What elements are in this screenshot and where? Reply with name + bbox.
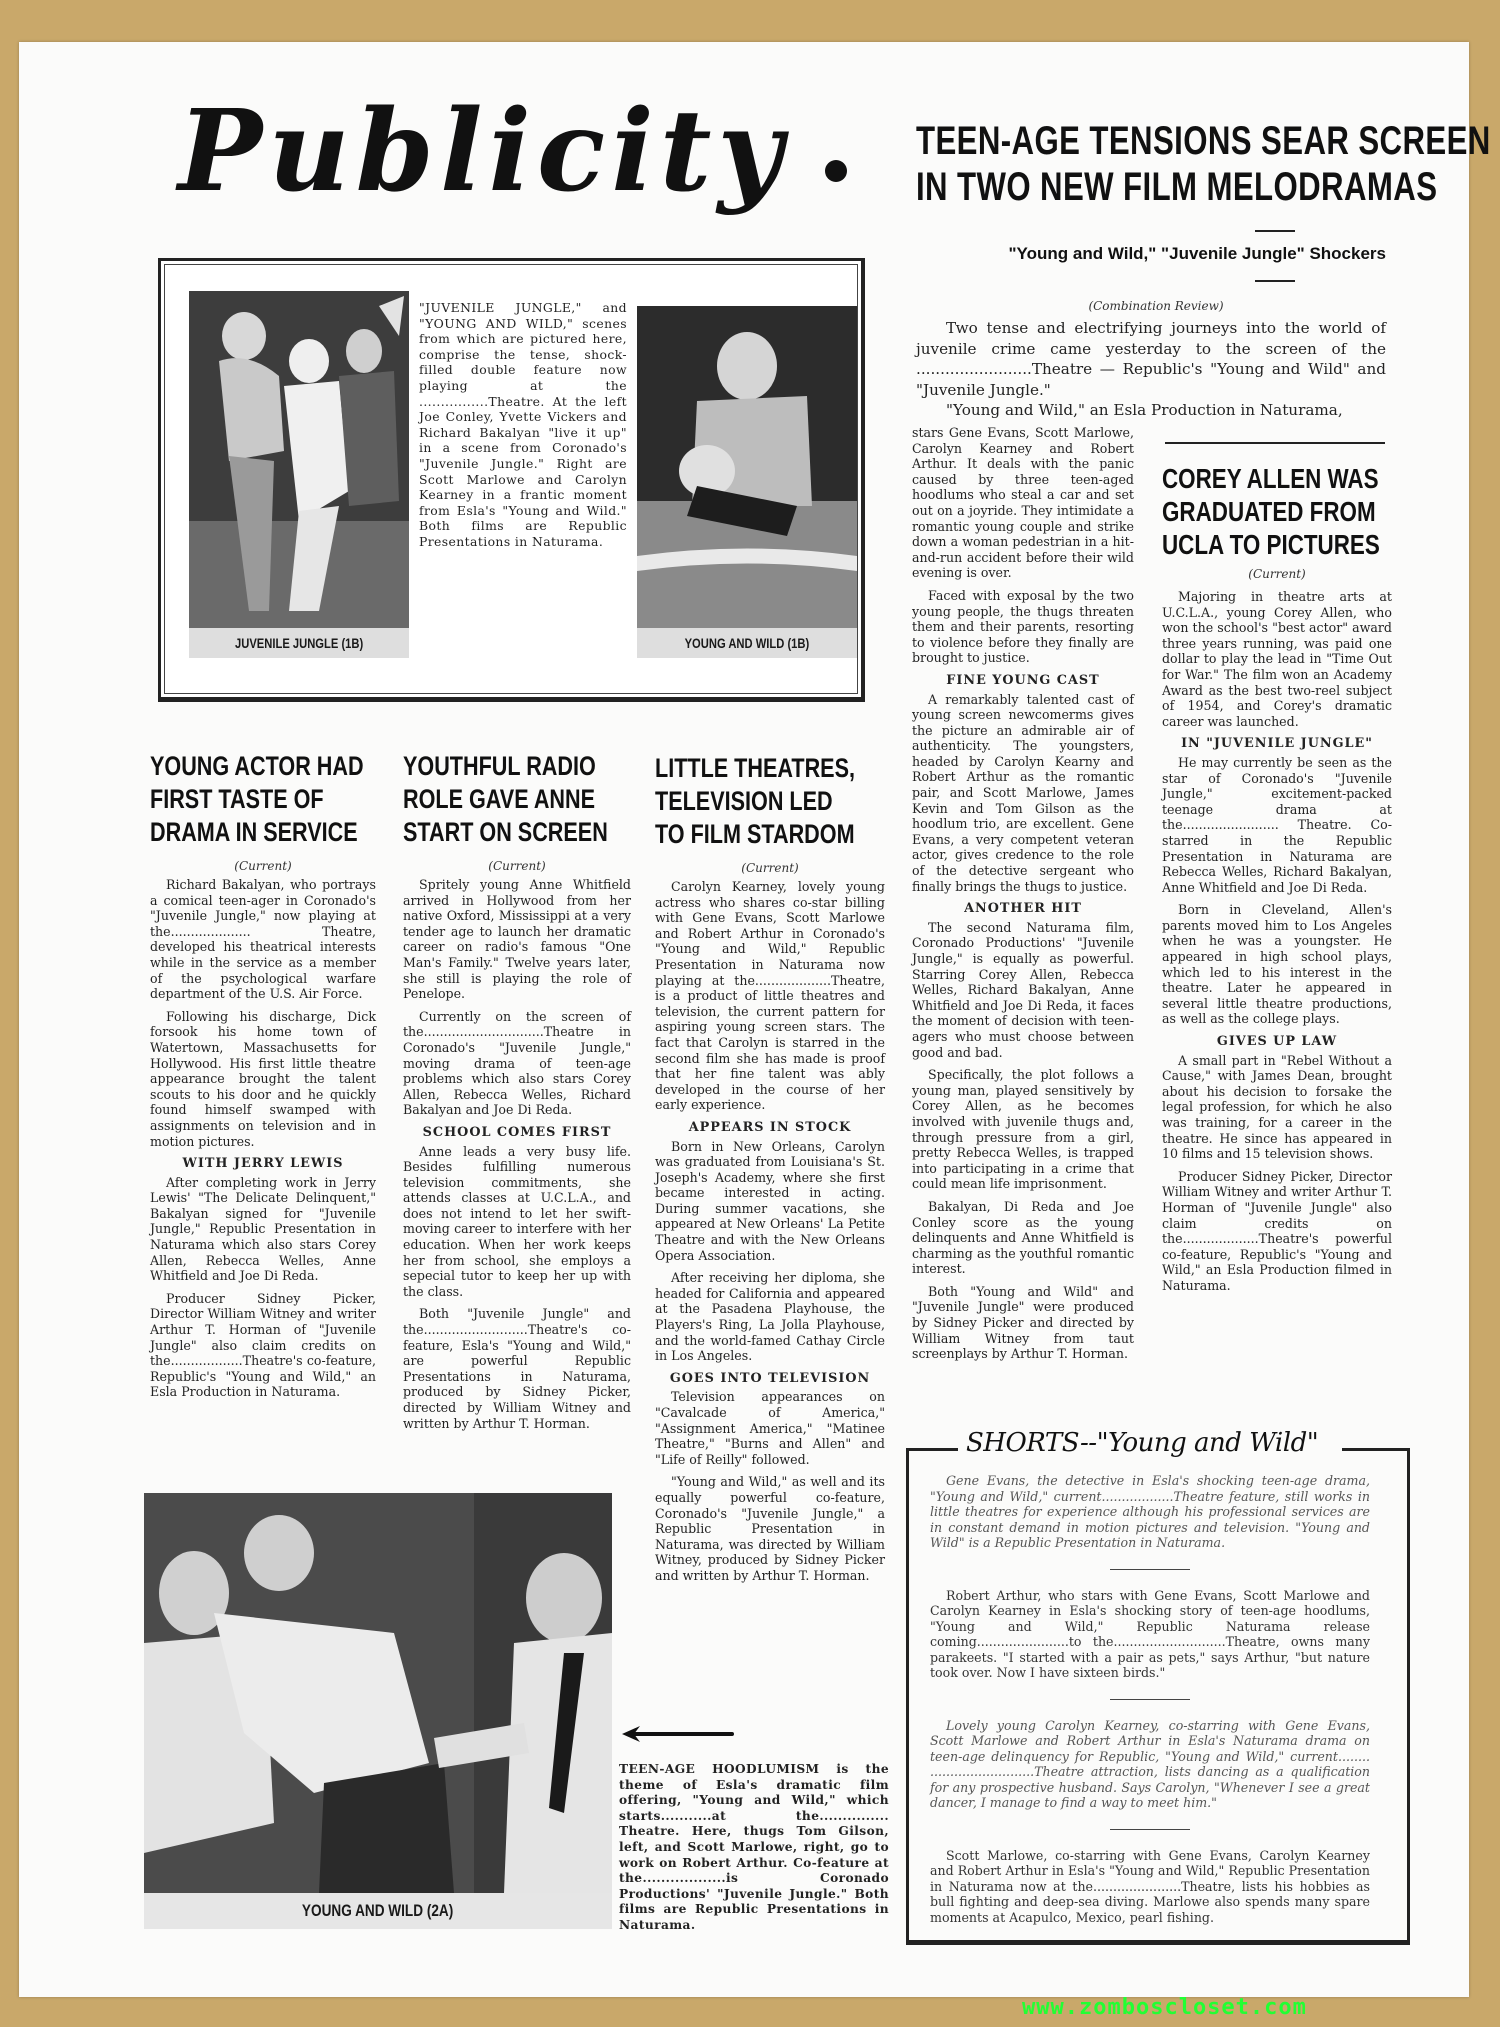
headline-line: DRAMA IN SERVICE (150, 816, 331, 849)
bakalyan-headline: YOUNG ACTOR HAD FIRST TASTE OF DRAMA IN … (150, 750, 331, 849)
carolyn-body: Carolyn Kearney, lovely young actress wh… (655, 879, 885, 1584)
headline-line: ROLE GAVE ANNE (403, 783, 585, 816)
anne-story: YOUTHFUL RADIO ROLE GAVE ANNE START ON S… (403, 750, 631, 1438)
headline-line: LITTLE THEATRES, (655, 752, 839, 785)
headline-line: START ON SCREEN (403, 816, 585, 849)
lead-subhead: "Young and Wild," "Juvenile Jungle" Shoc… (916, 244, 1386, 264)
blurb-text: is the theme of Esla's dramatic film off… (619, 1762, 889, 1932)
paragraph: Producer Sidney Picker, Director William… (150, 1291, 376, 1400)
bullet-dot (825, 160, 847, 182)
section-heading: APPEARS IN STOCK (655, 1120, 885, 1136)
paragraph: Bakalyan, Di Reda and Joe Conley score a… (912, 1199, 1134, 1277)
paragraph: Television appearances on "Cavalcade of … (655, 1389, 885, 1467)
divider (1110, 1829, 1190, 1830)
byline: (Current) (1162, 567, 1392, 581)
headline-line: YOUNG ACTOR HAD (150, 750, 331, 783)
paragraph: stars Gene Evans, Scott Marlowe, Carolyn… (912, 425, 1134, 581)
paragraph: Both "Juvenile Jungle" and the..........… (403, 1306, 631, 1431)
photo-box: JUVENILE JUNGLE (1B) "JUVENILE JUNGLE," … (158, 258, 865, 702)
carolyn-headline: LITTLE THEATRES, TELEVISION LED TO FILM … (655, 752, 839, 851)
section-heading: ANOTHER HIT (912, 901, 1134, 917)
bakalyan-body: Richard Bakalyan, who portrays a comical… (150, 877, 376, 1400)
headline-line: TO FILM STARDOM (655, 818, 839, 851)
byline: (Current) (403, 859, 631, 873)
paragraph: Specifically, the plot follows a young m… (912, 1067, 1134, 1192)
paragraph: Currently on the screen of the..........… (403, 1009, 631, 1118)
paragraph: Carolyn Kearney, lovely young actress wh… (655, 879, 885, 1113)
divider (1255, 280, 1295, 282)
short-item: Scott Marlowe, co-starring with Gene Eva… (930, 1848, 1370, 1926)
blurb-lead: TEEN-AGE HOODLUMISM (619, 1762, 819, 1776)
short-text: Scott Marlowe, co-starring with Gene Eva… (930, 1848, 1370, 1926)
lead-story-column: stars Gene Evans, Scott Marlowe, Carolyn… (912, 425, 1134, 1369)
bottom-photo-blurb: TEEN-AGE HOODLUMISM is the theme of Esla… (619, 1762, 889, 1934)
lead-paragraph: Two tense and electrifying journeys into… (916, 318, 1386, 400)
short-item: Lovely young Carolyn Kearney, co-starrin… (930, 1718, 1370, 1811)
left-arrow-icon (620, 1725, 736, 1743)
short-text: Gene Evans, the detective in Esla's shoc… (930, 1473, 1370, 1551)
left-photo-caption: JUVENILE JUNGLE (1B) (189, 628, 409, 658)
headline-line: YOUTHFUL RADIO (403, 750, 585, 783)
section-heading: SCHOOL COMES FIRST (403, 1125, 631, 1141)
corey-story: COREY ALLEN WAS GRADUATED FROM UCLA TO P… (1162, 462, 1392, 1301)
divider (1110, 1699, 1190, 1700)
caption-text: JUVENILE JUNGLE (1B) (235, 628, 363, 658)
section-heading: FINE YOUNG CAST (912, 673, 1134, 689)
young-and-wild-photo (637, 306, 857, 628)
paragraph: Producer Sidney Picker, Director William… (1162, 1169, 1392, 1294)
short-item: Robert Arthur, who stars with Gene Evans… (930, 1588, 1370, 1681)
paragraph: He may currently be seen as the star of … (1162, 755, 1392, 895)
right-photo-caption: YOUNG AND WILD (1B) (637, 628, 857, 658)
divider (1255, 230, 1295, 232)
paragraph: "Young and Wild," as well and its equall… (655, 1474, 885, 1583)
headline-line: UCLA TO PICTURES (1162, 528, 1346, 561)
paragraph: Following his discharge, Dick forsook hi… (150, 1009, 376, 1149)
paragraph: A remarkably talented cast of young scre… (912, 692, 1134, 895)
paragraph: Richard Bakalyan, who portrays a comical… (150, 877, 376, 1002)
lead-headline: TEEN-AGE TENSIONS SEAR SCREEN IN TWO NEW… (916, 118, 1290, 210)
lead-headline-line-2: IN TWO NEW FILM MELODRAMAS (916, 164, 1290, 210)
section-heading: WITH JERRY LEWIS (150, 1156, 376, 1172)
paragraph: Both "Young and Wild" and "Juvenile Jung… (912, 1284, 1134, 1362)
caption-text: YOUNG AND WILD (1B) (685, 628, 810, 658)
short-text: Lovely young Carolyn Kearney, co-starrin… (930, 1718, 1370, 1811)
paragraph: A small part in "Rebel Without a Cause,"… (1162, 1053, 1392, 1162)
headline-line: TELEVISION LED (655, 785, 839, 818)
headline-line: FIRST TASTE OF (150, 783, 331, 816)
divider (1110, 1569, 1190, 1570)
paragraph: The second Naturama film, Coronado Produ… (912, 920, 1134, 1060)
bakalyan-story: YOUNG ACTOR HAD FIRST TASTE OF DRAMA IN … (150, 750, 376, 1407)
lead-paragraph: "Young and Wild," an Esla Production in … (916, 400, 1386, 421)
photo-box-blurb: "JUVENILE JUNGLE," and "YOUNG AND WILD,"… (419, 300, 627, 550)
byline: (Current) (655, 861, 885, 875)
carolyn-story: LITTLE THEATRES, TELEVISION LED TO FILM … (655, 752, 885, 1591)
paragraph: After completing work in Jerry Lewis' "T… (150, 1175, 376, 1284)
paragraph: After receiving her diploma, she headed … (655, 1270, 885, 1364)
paragraph: Faced with exposal by the two young peop… (912, 588, 1134, 666)
section-heading: GIVES UP LAW (1162, 1034, 1392, 1050)
section-heading: IN "JUVENILE JUNGLE" (1162, 736, 1392, 752)
paragraph: Majoring in theatre arts at U.C.L.A., yo… (1162, 589, 1392, 729)
bottom-photo-caption: YOUNG AND WILD (2A) (144, 1893, 612, 1929)
juvenile-jungle-photo (189, 291, 409, 628)
paragraph: Born in Cleveland, Allen's parents moved… (1162, 902, 1392, 1027)
shorts-rule-left (906, 1448, 958, 1451)
short-text: Robert Arthur, who stars with Gene Evans… (930, 1588, 1370, 1681)
paragraph: Spritely young Anne Whitfield arrived in… (403, 877, 631, 1002)
shorts-rule-right (1342, 1448, 1407, 1451)
paragraph: Born in New Orleans, Carolyn was graduat… (655, 1139, 885, 1264)
young-and-wild-2a-photo (144, 1493, 612, 1893)
shorts-items: Gene Evans, the detective in Esla's shoc… (930, 1473, 1370, 1925)
section-heading: GOES INTO TELEVISION (655, 1371, 885, 1387)
shorts-title: SHORTS--"Young and Wild" (958, 1428, 1326, 1458)
masthead-title: Publicity (178, 96, 789, 208)
paragraph: Anne leads a very busy life. Besides ful… (403, 1144, 631, 1300)
corey-body: Majoring in theatre arts at U.C.L.A., yo… (1162, 589, 1392, 1294)
short-item: Gene Evans, the detective in Esla's shoc… (930, 1473, 1370, 1551)
anne-body: Spritely young Anne Whitfield arrived in… (403, 877, 631, 1431)
lead-byline: (Combination Review) (916, 299, 1396, 313)
byline: (Current) (150, 859, 376, 873)
caption-text: YOUNG AND WILD (2A) (302, 1893, 453, 1929)
divider (1165, 442, 1385, 444)
lead-intro: Two tense and electrifying journeys into… (916, 318, 1386, 421)
lead-headline-line-1: TEEN-AGE TENSIONS SEAR SCREEN (916, 118, 1290, 164)
headline-line: GRADUATED FROM (1162, 495, 1346, 528)
anne-headline: YOUTHFUL RADIO ROLE GAVE ANNE START ON S… (403, 750, 585, 849)
corey-headline: COREY ALLEN WAS GRADUATED FROM UCLA TO P… (1162, 462, 1346, 561)
watermark: www.zomboscloset.com (1022, 1995, 1307, 2020)
headline-line: COREY ALLEN WAS (1162, 462, 1346, 495)
